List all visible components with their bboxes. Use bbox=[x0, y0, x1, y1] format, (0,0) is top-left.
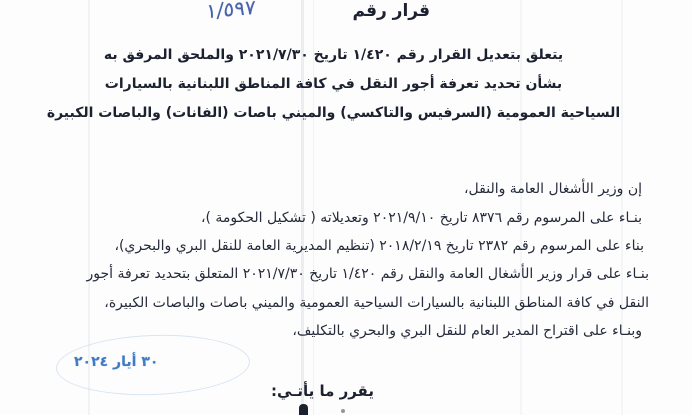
preamble-clause-3: بنـاء على قرار وزير الأشغال العامة والنق… bbox=[86, 264, 649, 284]
subject-line-1: يتعلق بتعديل القرار رقم ١/٤٢٠ تاريخ ٢٠٢١… bbox=[35, 47, 632, 63]
date-stamp: ٣٠ أيار ٢٠٢٤ bbox=[74, 354, 158, 370]
decree-title-label: قرار رقم bbox=[353, 1, 431, 21]
preamble-clause-1: بنـاء على المرسوم رقم ٨٣٧٦ تاريخ ٢٠٢١/٩/… bbox=[201, 208, 642, 228]
preamble-opening: إن وزير الأشغال العامة والنقل، bbox=[464, 179, 642, 199]
subject-line-3: السياحية العمومية (السرفيس والتاكسي) وال… bbox=[35, 105, 632, 121]
preamble-clause-2: بناء على المرسوم رقم ٢٣٨٢ تاريخ ٢٠١٨/٢/١… bbox=[114, 236, 644, 256]
cutoff-text-fragment bbox=[341, 409, 345, 413]
subject-line-2: بشأن تحديد تعرفة أجور النقل في كافة المن… bbox=[35, 76, 632, 92]
preamble-clause-4: وبنـاء على اقتراح المدير العام للنقل الب… bbox=[292, 321, 642, 341]
decision-lead-line: يقرر ما يأتـي: bbox=[271, 381, 374, 401]
preamble-clause-3-continuation: النقل في كافة المناطق اللبنانية بالسيارا… bbox=[104, 293, 649, 313]
handwritten-decree-number: ١/٥٩٧ bbox=[206, 0, 256, 23]
scanned-decree-page: قرار رقم ١/٥٩٧ يتعلق بتعديل القرار رقم ١… bbox=[0, 0, 692, 415]
cutoff-text-fragment bbox=[299, 404, 308, 415]
